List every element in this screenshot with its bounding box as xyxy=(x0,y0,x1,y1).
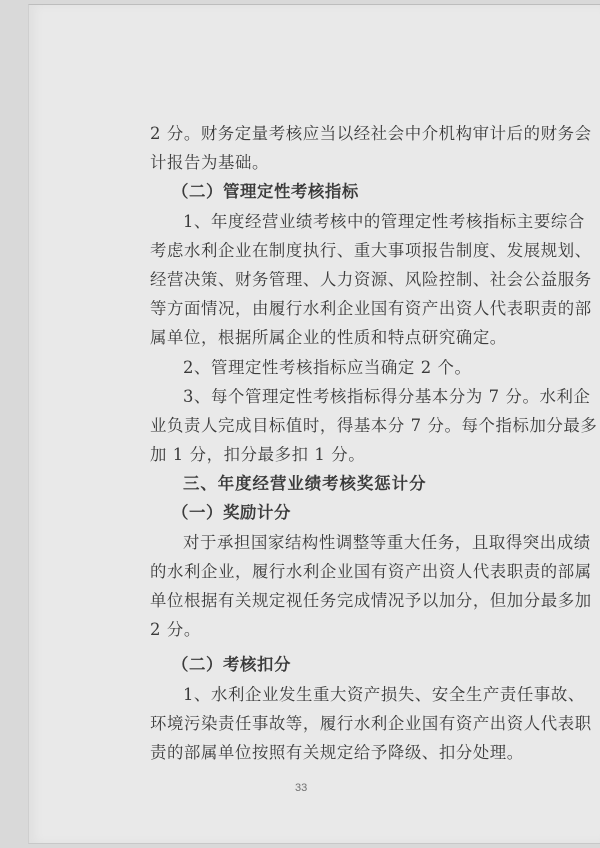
paragraph-line: 经营决策、财务管理、人力资源、风险控制、社会公益服务 xyxy=(150,265,550,294)
paragraph-line: 责的部属单位按照有关规定给予降级、扣分处理。 xyxy=(150,738,550,767)
paragraph-line: 2 分。财务定量考核应当以经社会中介机构审计后的财务会 xyxy=(150,119,550,148)
section-heading: 三、年度经营业绩考核奖惩计分 xyxy=(150,469,550,498)
paragraph-line: 对于承担国家结构性调整等重大任务，且取得突出成绩 xyxy=(150,528,550,557)
section-subheading: （一）奖励计分 xyxy=(150,498,550,527)
paragraph-line: 环境污染责任事故等，履行水利企业国有资产出资人代表职 xyxy=(150,709,550,738)
paragraph-line: 3、每个管理定性考核指标得分基本分为 7 分。水利企 xyxy=(150,382,550,411)
section-subheading: （二）管理定性考核指标 xyxy=(150,177,550,206)
paragraph-line: 的水利企业，履行水利企业国有资产出资人代表职责的部属 xyxy=(150,557,550,586)
paragraph-line: 2 分。 xyxy=(150,615,550,644)
paragraph-line: 计报告为基础。 xyxy=(150,148,550,177)
paragraph-line: 等方面情况，由履行水利企业国有资产出资人代表职责的部 xyxy=(150,294,550,323)
paragraph-line: 业负责人完成目标值时，得基本分 7 分。每个指标加分最多 xyxy=(150,411,550,440)
paragraph-line: 单位根据有关规定视任务完成情况予以加分，但加分最多加 xyxy=(150,586,550,615)
paragraph-line: 属单位，根据所属企业的性质和特点研究确定。 xyxy=(150,323,550,352)
paragraph-line: 加 1 分，扣分最多扣 1 分。 xyxy=(150,440,550,469)
paragraph-line: 2、管理定性考核指标应当确定 2 个。 xyxy=(150,353,550,382)
document-body: 2 分。财务定量考核应当以经社会中介机构审计后的财务会 计报告为基础。 （二）管… xyxy=(150,119,550,767)
paragraph-line: 1、水利企业发生重大资产损失、安全生产责任事故、 xyxy=(150,680,550,709)
paragraph-line: 考虑水利企业在制度执行、重大事项报告制度、发展规划、 xyxy=(150,236,550,265)
paragraph-line: 1、年度经营业绩考核中的管理定性考核指标主要综合 xyxy=(150,207,550,236)
section-subheading: （二）考核扣分 xyxy=(150,650,550,679)
document-page: 2 分。财务定量考核应当以经社会中介机构审计后的财务会 计报告为基础。 （二）管… xyxy=(28,4,600,844)
page-number: 33 xyxy=(295,782,307,794)
